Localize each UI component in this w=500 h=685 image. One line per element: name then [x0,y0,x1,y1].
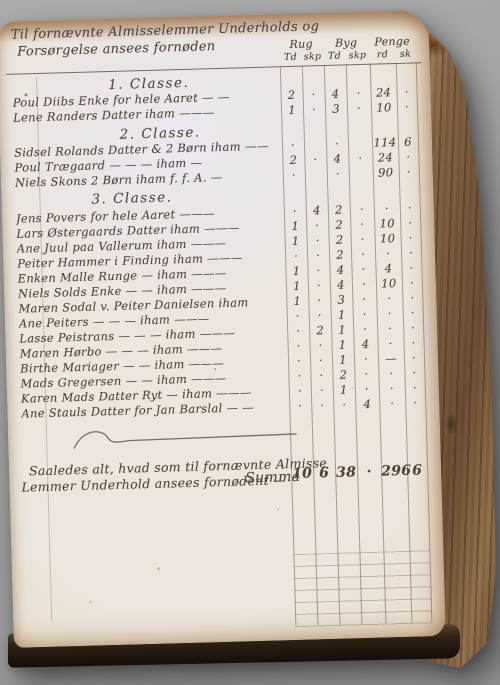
section-1-rows: Poul Diibs Enke for hele Aaret — — 2 · 4… [13,84,418,125]
unit-label: Td [279,52,301,64]
value-cell: 114 [372,135,398,151]
summa-value: 6 [407,462,427,479]
value-cell: · [400,200,420,216]
value-cell: · [307,248,329,264]
section-2-rows: Sidsel Rolands Datter & 2 Børn iham —— ·… [14,134,419,190]
value-cell: · [403,320,423,336]
value-cell [349,166,373,182]
value-cell: 3 [330,292,352,308]
value-cell: 90 [373,165,399,181]
vertical-rule-lines [0,10,428,22]
value-cell: · [379,381,405,397]
value-cell: 10 [371,100,397,116]
value-cell: · [354,367,378,383]
value-cell: 4 [326,151,348,167]
value-cell: 1 [286,279,308,295]
value-cell: 4 [330,277,352,293]
value-cell: · [375,246,401,262]
value-cell: · [400,215,420,231]
value-cell: 4 [324,86,346,102]
value-cell: 2 [332,367,354,383]
value-cell: · [289,399,311,415]
value-cell: · [405,380,425,396]
value-cell: 4 [306,203,328,219]
summa-value: 38 [335,464,357,481]
unit-label: sk [395,48,415,60]
value-cell: · [285,249,307,265]
value-cell: · [354,352,378,368]
value-cell: · [350,232,374,248]
value-cell: · [404,350,424,366]
value-cell: · [404,365,424,381]
value-cell: 10 [376,276,402,292]
value-cell: · [402,275,422,291]
value-cell [348,136,372,152]
value-cell: 3 [325,101,347,117]
header-rule [6,62,422,75]
ledger-book: Til fornævnte Almisselemmer Underholds o… [0,0,500,685]
value-cell: · [308,278,330,294]
value-cell: · [400,230,420,246]
flourish-mark [68,420,304,455]
value-cell: · [377,306,403,322]
value-cell: · [326,136,348,152]
value-cell: · [306,233,328,249]
value-cell: 4 [375,261,401,277]
value-cell: · [353,322,377,338]
summa-value: 6 [313,465,335,482]
value-cell: · [379,396,405,412]
value-cell: · [310,353,332,369]
value-cell: 1 [331,322,353,338]
value-cell: 1 [333,382,355,398]
value-cell: · [403,335,423,351]
value-cell: · [311,383,333,399]
value-cell: 2 [309,323,331,339]
value-cell: 1 [286,294,308,310]
value-cell: · [287,324,309,340]
value-cell: · [374,201,400,217]
value-cell: · [376,291,402,307]
value-cell: · [352,292,376,308]
value-cell: 1 [284,219,306,235]
value-cell: 24 [370,85,396,101]
value-cell: 2 [328,202,350,218]
value-cell: · [350,217,374,233]
unit-label: skp [345,50,369,62]
value-cell: 1 [331,337,353,353]
value-cell: 6 [398,134,418,150]
value-cell [305,167,327,183]
unit-label: skp [301,51,323,63]
value-cell: · [288,354,310,370]
value-cell: · [346,86,370,102]
value-cell: · [309,308,331,324]
value-cell: · [333,397,355,413]
value-cell: · [355,382,379,398]
summa-value: · [357,464,381,481]
ledger-page: Til fornævnte Almisselemmer Underholds o… [0,10,446,648]
value-cell: 1 [285,264,307,280]
value-cell: · [377,321,403,337]
value-cell: · [348,151,372,167]
value-cell: · [308,293,330,309]
bottom-right-ruling [293,550,431,628]
column-label-penge: Penge [369,34,415,48]
section-3-rows: Jens Povers for hele Aaret ——— · 4 2 · ·… [16,200,426,421]
value-cell: · [309,338,331,354]
value-cell: · [287,339,309,355]
value-cell: 2 [328,232,350,248]
value-cell: · [347,101,371,117]
summa-value: 10 [291,466,313,483]
value-cell: · [401,245,421,261]
value-cell: 1 [281,103,303,119]
value-cell: · [353,307,377,323]
value-cell: · [396,84,416,100]
column-label-byg: Byg [323,36,369,50]
unit-label: rd [369,49,395,61]
value-cell: · [403,305,423,321]
value-cell: · [302,87,324,103]
value-cell: · [351,247,375,263]
page-heading-line1: Til fornævnte Almisselemmer Underholds o… [11,19,320,43]
value-cell: · [311,398,333,414]
ink-speck [214,368,216,370]
value-cell: 2 [280,88,302,104]
value-cell: · [351,262,375,278]
value-cell: · [289,384,311,400]
value-cell: · [306,218,328,234]
value-cell: · [405,395,425,411]
value-cell: 24 [372,150,398,166]
value-cell: · [352,277,376,293]
value-cell: 1 [331,307,353,323]
value-cell: · [402,290,422,306]
photo-background: { "ledger": { "heading": { "line1": "Til… [0,0,500,685]
value-cell: · [304,152,326,168]
column-label-rug: Rug [279,37,323,51]
value-cell: · [350,202,374,218]
value-cell: 2 [329,247,351,263]
value-cell: 2 [282,153,304,169]
section-title-3: 3. Classe. [91,189,172,207]
value-cell: · [282,138,304,154]
value-cell: 10 [374,216,400,232]
value-cell: · [287,309,309,325]
value-cell: · [284,204,306,220]
value-cell: 4 [353,337,377,353]
value-cell: · [307,263,329,279]
value-cell: · [288,369,310,385]
value-cell: 4 [355,397,379,413]
value-cell: 4 [329,262,351,278]
value-cell: · [378,366,404,382]
value-cell: · [283,168,305,184]
column-unit-labels: Td skp Td skp rd sk [279,48,415,63]
value-cell: · [399,164,419,180]
page-heading-line2: Forsørgelse ansees fornøden [17,39,216,60]
value-cell: · [397,99,417,115]
value-cell: · [327,166,349,182]
summa-value: 296 [381,463,407,480]
value-cell: 10 [374,231,400,247]
value-cell: · [377,336,403,352]
value-cell: 1 [332,352,354,368]
ink-speck [24,93,27,96]
value-cell [304,137,326,153]
value-cell: — [378,351,404,367]
value-cell: · [401,260,421,276]
unit-label: Td [323,50,345,62]
value-cell: · [303,102,325,118]
value-cell: · [310,368,332,384]
value-cell: · [398,149,418,165]
value-cell: 1 [285,234,307,250]
value-cell: 2 [328,217,350,233]
